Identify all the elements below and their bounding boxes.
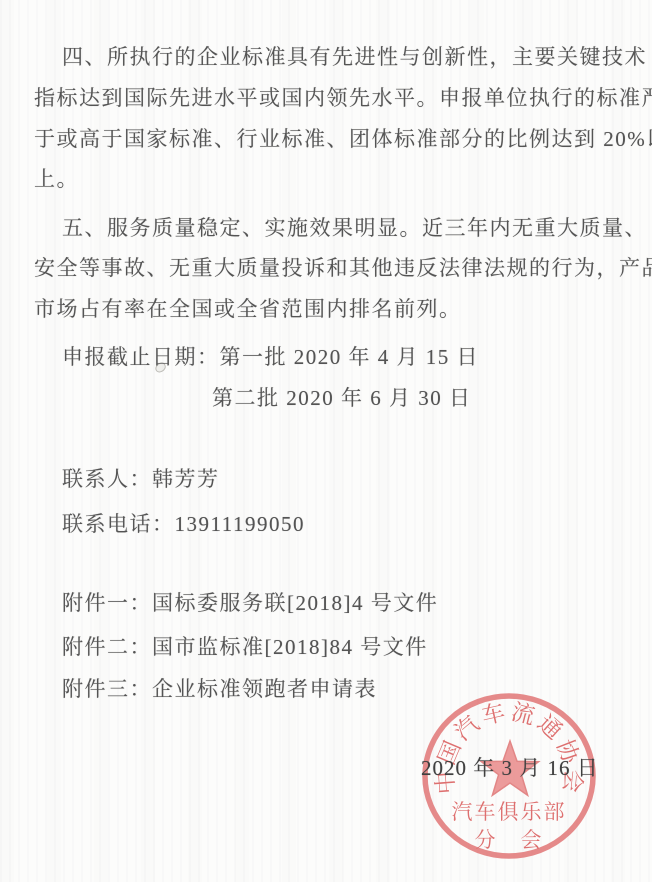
para-four-line-1: 四、所执行的企业标准具有先进性与创新性，主要关键技术 (62, 41, 647, 71)
deadline-line-2: 第二批 2020 年 6 月 30 日 (212, 382, 472, 412)
seal-branch-name-line-1: 汽车俱乐部 (452, 800, 567, 824)
contact-person-line: 联系人：韩芳芳 (62, 463, 220, 493)
para-four-line-4: 上。 (34, 163, 79, 193)
contact-phone-line: 联系电话：13911199050 (62, 508, 305, 538)
deadline-line-1: 申报截止日期：第一批 2020 年 4 月 15 日 (62, 341, 479, 371)
para-five-line-3: 市场占有率在全国或全省范围内排名前列。 (34, 293, 462, 323)
signature-date: 2020 年 3 月 16 日 (421, 752, 599, 782)
para-four-line-2: 指标达到国际先进水平或国内领先水平。申报单位执行的标准严 (34, 82, 652, 112)
scanned-document-page: 四、所执行的企业标准具有先进性与创新性，主要关键技术 指标达到国际先进水平或国内… (0, 0, 652, 882)
attachment-3-line: 附件三：企业标准领跑者申请表 (62, 673, 377, 703)
para-four-line-3: 于或高于国家标准、行业标准、团体标准部分的比例达到 20%以 (34, 123, 652, 153)
attachment-1-line: 附件一：国标委服务联[2018]4 号文件 (62, 587, 438, 617)
seal-branch-name-line-2: 分 会 (475, 828, 544, 852)
para-five-line-2: 安全等事故、无重大质量投诉和其他违反法律法规的行为，产品 (34, 252, 652, 282)
para-five-line-1: 五、服务质量稳定、实施效果明显。近三年内无重大质量、 (62, 212, 647, 242)
attachment-2-line: 附件二：国市监标准[2018]84 号文件 (62, 631, 428, 661)
